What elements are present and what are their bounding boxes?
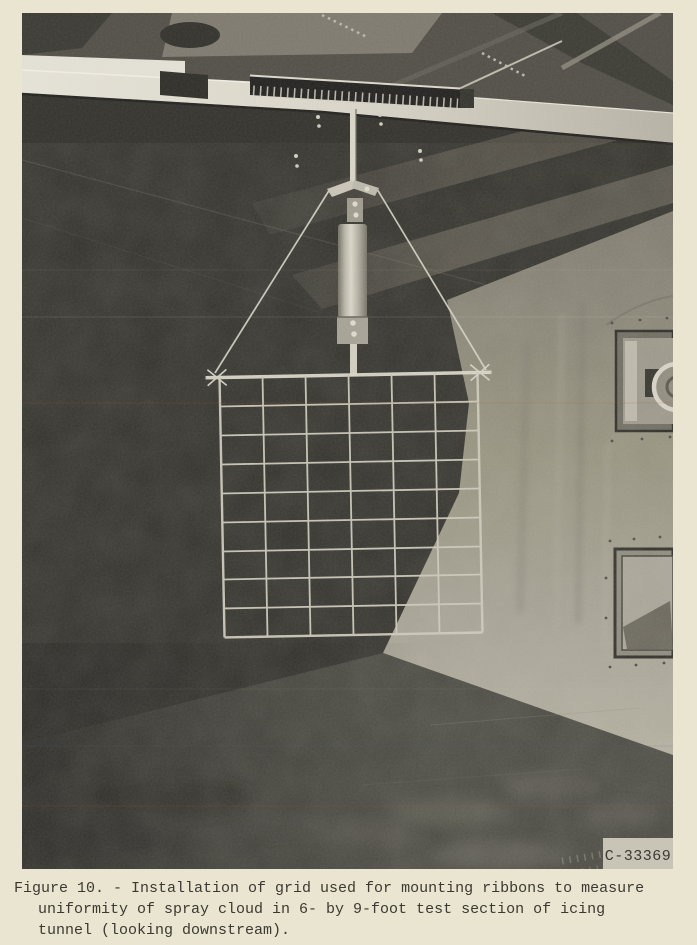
figure-photo: C-33369 bbox=[22, 13, 673, 869]
photo-id-tag: C-33369 bbox=[603, 838, 673, 869]
report-page: C-33369 Figure 10. - Installation of gri… bbox=[0, 0, 697, 945]
caption-line-1: Figure 10. - Installation of grid used f… bbox=[14, 878, 690, 899]
grain-overlay bbox=[22, 13, 673, 869]
caption-line-2: uniformity of spray cloud in 6- by 9-foo… bbox=[14, 899, 690, 920]
photo-scene: C-33369 bbox=[22, 13, 673, 869]
photo-id-text: C-33369 bbox=[605, 848, 672, 865]
caption-line-3: tunnel (looking downstream). bbox=[14, 920, 690, 941]
figure-caption: Figure 10. - Installation of grid used f… bbox=[14, 878, 690, 941]
